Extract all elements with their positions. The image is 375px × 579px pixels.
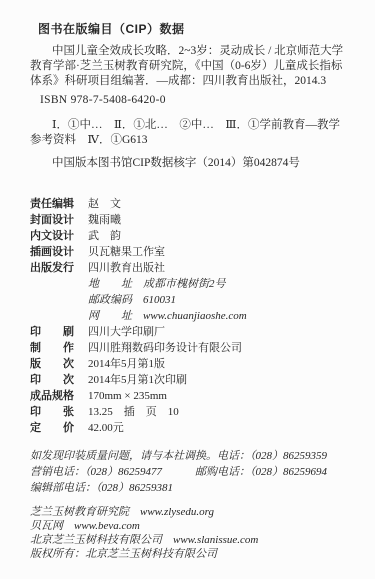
credit-value: 2014年5月第1次印刷 <box>88 372 187 388</box>
credit-row-edition: 版 次 2014年5月第1版 <box>30 356 347 372</box>
credit-row-price: 定 价 42.00元 <box>30 420 347 436</box>
credit-value: 武 韵 <box>88 228 121 244</box>
credit-row-printer: 印 刷 四川大学印刷厂 <box>30 324 347 340</box>
credit-row-editor: 责任编辑 赵 文 <box>30 196 347 212</box>
footer-institute-line: 芝兰玉树教育研究院 www.zlysedu.org <box>30 505 347 519</box>
footer-copyright-line: 版权所有：北京芝兰玉树科技有限公司 <box>30 547 347 561</box>
credit-row-cover-design: 封面设计 魏雨曦 <box>30 212 347 228</box>
credit-row-production: 制 作 四川胜翔数码印务设计有限公司 <box>30 340 347 356</box>
credit-label: 封面设计 <box>30 212 74 228</box>
credit-label: 出版发行 <box>30 260 74 276</box>
isbn-line: ISBN 978-7-5408-6420-0 <box>30 93 347 108</box>
footer-links: 芝兰玉树教育研究院 www.zlysedu.org 贝瓦网 www.beva.c… <box>30 505 347 561</box>
credit-label: 版 次 <box>30 356 74 372</box>
credit-value: 魏雨曦 <box>88 212 121 228</box>
credit-value: 地 址 成都市槐树街2号 <box>88 276 226 292</box>
credit-label: 定 价 <box>30 420 74 436</box>
credit-row-publisher: 出版发行 四川教育出版社 <box>30 260 347 276</box>
credit-label: 印 张 <box>30 404 74 420</box>
colophon-page: 图书在版编目（CIP）数据 中国儿童全效成长攻略．2~3岁：灵动成长 / 北京师… <box>0 0 375 579</box>
credit-label: 插画设计 <box>30 244 74 260</box>
footer-beva-line: 贝瓦网 www.beva.com <box>30 519 347 533</box>
cip-description: 中国儿童全效成长攻略．2~3岁：灵动成长 / 北京师范大学教育学部·芝兰玉树教育… <box>30 44 347 89</box>
print-notes: 如发现印装质量问题，请与本社调换。电话：（028）86259359 营销电话：（… <box>30 448 347 496</box>
credit-row-website: 网 址 www.chuanjiaoshe.com <box>30 308 347 324</box>
credit-value: 贝瓦糖果工作室 <box>88 244 165 260</box>
credit-value: 13.25 插 页 10 <box>88 404 179 420</box>
credit-value: 邮政编码 610031 <box>88 292 176 308</box>
credits-list: 责任编辑 赵 文 封面设计 魏雨曦 内文设计 武 韵 插画设计 贝瓦糖果工作室 … <box>30 196 347 436</box>
credit-value: 四川教育出版社 <box>88 260 165 276</box>
credit-label: 成品规格 <box>30 388 74 404</box>
credit-row-printing: 印 次 2014年5月第1次印刷 <box>30 372 347 388</box>
cip-record-number: 中国版本图书馆CIP数据核字（2014）第042874号 <box>30 156 347 171</box>
cip-header: 图书在版编目（CIP）数据 <box>38 22 347 36</box>
footer-company-line: 北京芝兰玉树科技有限公司 www.slanissue.com <box>30 533 347 547</box>
credit-row-address: 地 址 成都市槐树街2号 <box>30 276 347 292</box>
note-phones-line: 营销电话：（028）86259477 邮购电话：（028）86259694 <box>30 464 347 480</box>
credit-value: 42.00元 <box>88 420 124 436</box>
credit-label: 制 作 <box>30 340 74 356</box>
note-quality-line: 如发现印装质量问题，请与本社调换。电话：（028）86259359 <box>30 448 347 464</box>
credit-label: 印 刷 <box>30 324 74 340</box>
credit-row-postcode: 邮政编码 610031 <box>30 292 347 308</box>
credit-label: 责任编辑 <box>30 196 74 212</box>
credit-value: 网 址 www.chuanjiaoshe.com <box>88 308 247 324</box>
credit-row-format: 成品规格 170mm × 235mm <box>30 388 347 404</box>
credit-value: 赵 文 <box>88 196 121 212</box>
credit-value: 170mm × 235mm <box>88 388 167 404</box>
credit-label: 内文设计 <box>30 228 74 244</box>
credit-label: 印 次 <box>30 372 74 388</box>
credit-value: 2014年5月第1版 <box>88 356 165 372</box>
credit-row-sheets: 印 张 13.25 插 页 10 <box>30 404 347 420</box>
credit-value: 四川胜翔数码印务设计有限公司 <box>88 340 242 356</box>
credit-row-interior-design: 内文设计 武 韵 <box>30 228 347 244</box>
credit-value: 四川大学印刷厂 <box>88 324 165 340</box>
credit-row-illustration: 插画设计 贝瓦糖果工作室 <box>30 244 347 260</box>
classification-line: Ⅰ．①中… Ⅱ．①北… ②中… Ⅲ．①学前教育—教学参考资料 Ⅳ．①G613 <box>30 118 347 148</box>
note-editorial-phone-line: 编辑部电话：（028）86259381 <box>30 480 347 496</box>
